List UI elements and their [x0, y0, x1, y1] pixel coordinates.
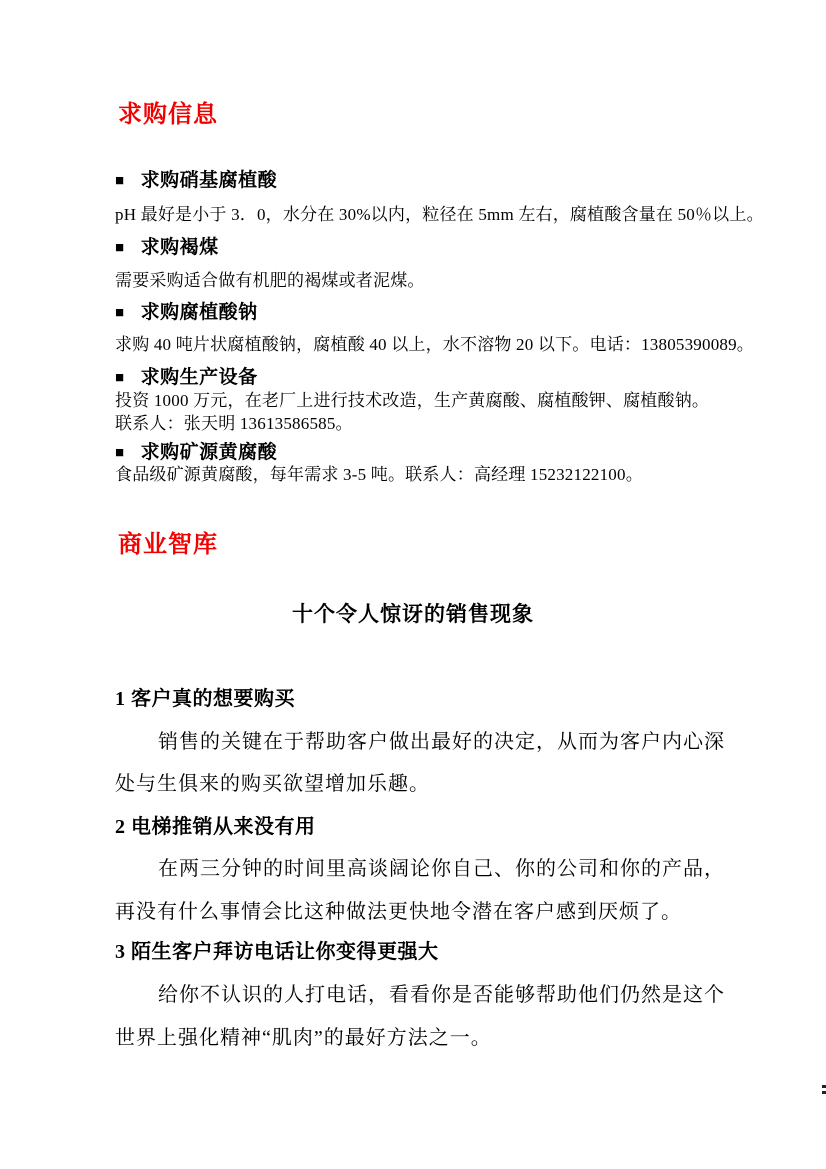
article-point-text: 给你不认识的人打电话，看看你是否能够帮助他们仍然是这个 [115, 985, 725, 1005]
article-point-text: 在两三分钟的时间里高谈阔论你自己、你的公司和你的产品， [115, 859, 725, 879]
article-title: 十个令人惊讶的销售现象 [0, 604, 826, 625]
bullet-square-icon: ■ [115, 241, 125, 256]
purchase-item-body: 求购 40 吨片状腐植酸钠，腐植酸 40 以上，水不溶物 20 以下。电话：13… [115, 336, 754, 353]
purchase-item-body: pH 最好是小于 3．0，水分在 30%以内，粒径在 5mm 左右，腐植酸含量在… [115, 206, 764, 223]
purchase-item-title: 求购生产设备 [141, 367, 258, 388]
page-edge-artifact [822, 1085, 826, 1096]
purchase-item-title: 求购矿源黄腐酸 [141, 442, 278, 463]
bullet-square-icon: ■ [115, 446, 125, 461]
article-point-text: 处与生俱来的购买欲望增加乐趣。 [115, 774, 430, 794]
article-point-text: 世界上强化精神“肌肉”的最好方法之一。 [115, 1028, 492, 1048]
purchase-item-body: 需要采购适合做有机肥的褐煤或者泥煤。 [115, 272, 425, 289]
purchase-item-title: 求购硝基腐植酸 [141, 170, 278, 191]
purchase-item-title: 求购褐煤 [141, 237, 219, 258]
article-point-heading: 3 陌生客户拜访电话让你变得更强大 [115, 942, 439, 962]
purchase-item-body: 联系人：张天明 13613586585。 [115, 415, 353, 432]
purchase-item-body: 食品级矿源黄腐酸，每年需求 3-5 吨。联系人：高经理 15232122100。 [115, 466, 643, 483]
purchase-item-heading: ■求购矿源黄腐酸 [115, 443, 277, 462]
bullet-square-icon: ■ [115, 174, 125, 189]
article-point-text: 销售的关键在于帮助客户做出最好的决定，从而为客户内心深 [115, 732, 725, 752]
purchase-item-heading: ■求购硝基腐植酸 [115, 171, 277, 190]
purchase-item-body: 投资 1000 万元，在老厂上进行技术改造，生产黄腐酸、腐植酸钾、腐植酸钠。 [115, 392, 709, 409]
purchase-item-title: 求购腐植酸钠 [141, 302, 258, 323]
purchase-item-heading: ■求购生产设备 [115, 368, 258, 387]
article-point-heading: 2 电梯推销从来没有用 [115, 817, 316, 837]
bullet-square-icon: ■ [115, 306, 125, 321]
section-title-business-thinktank: 商业智库 [118, 533, 218, 557]
purchase-item-heading: ■求购腐植酸钠 [115, 303, 258, 322]
bullet-square-icon: ■ [115, 371, 125, 386]
article-point-text: 再没有什么事情会比这种做法更快地令潜在客户感到厌烦了。 [115, 902, 682, 922]
document-page: 求购信息 ■求购硝基腐植酸 pH 最好是小于 3．0，水分在 30%以内，粒径在… [0, 0, 826, 1169]
article-point-heading: 1 客户真的想要购买 [115, 689, 295, 709]
section-title-purchase-info: 求购信息 [118, 103, 218, 127]
purchase-item-heading: ■求购褐煤 [115, 238, 219, 257]
